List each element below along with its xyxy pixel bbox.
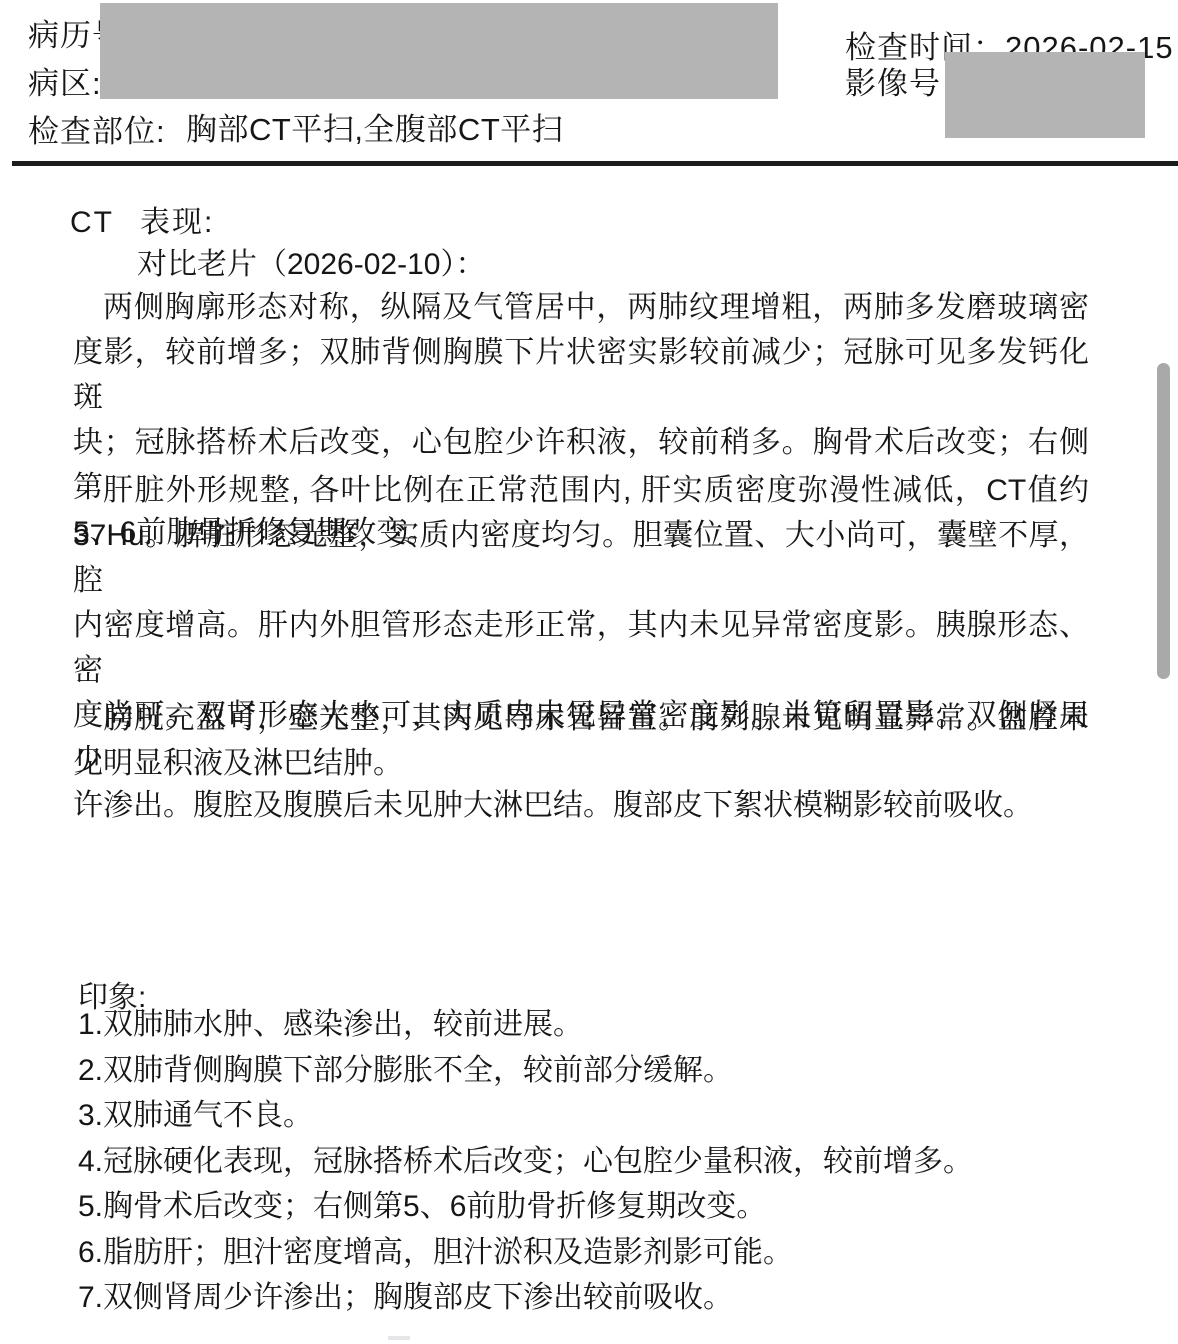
scan-artifact <box>388 1336 410 1340</box>
impression-item: 6.脂肪肝；胆汁密度增高，胆汁淤积及造影剂影可能。 <box>78 1230 973 1276</box>
findings-label: 表现: <box>140 206 214 239</box>
modality-label: CT <box>70 206 114 239</box>
report-line: 两侧胸廓形态对称，纵隔及气管居中，两肺纹理增粗，两肺多发磨玻璃密 <box>73 285 1089 330</box>
ward-label: 病区: <box>28 58 102 103</box>
scrollbar-thumb[interactable] <box>1157 363 1170 679</box>
impression-item: 5.胸骨术后改变；右侧第5、6前肋骨折修复期改变。 <box>78 1184 973 1230</box>
report-line: 肝脏外形规整, 各叶比例在正常范围内, 肝实质密度弥漫性减低，CT值约 <box>73 468 1089 513</box>
report-line: 见明显积液及淋巴结肿。 <box>73 741 1089 786</box>
impression-item: 4.冠脉硬化表现，冠脉搭桥术后改变；心包腔少量积液，较前增多。 <box>78 1139 973 1185</box>
impression-item: 7.双侧肾周少许渗出；胸腹部皮下渗出较前吸收。 <box>78 1275 973 1321</box>
impression-list: 1.双肺肺水肿、感染渗出，较前进展。 2.双肺背侧胸膜下部分膨胀不全，较前部分缓… <box>78 1002 973 1321</box>
impression-item: 2.双肺背侧胸膜下部分膨胀不全，较前部分缓解。 <box>78 1048 973 1094</box>
comparison-line: 对比老片（2026-02-10）： <box>137 239 485 283</box>
findings-paragraph-pelvis: 膀胱充盈可，壁光整，其内见导尿管留置。前列腺未见明显异常。盆腔未 见明显积液及淋… <box>73 696 1089 786</box>
report-line: 37Hu。脾脏形态光整，实质内密度均匀。胆囊位置、大小尚可，囊壁不厚，腔 <box>73 513 1089 603</box>
report-line: 许渗出。腹腔及腹膜后未见肿大淋巴结。腹部皮下絮状模糊影较前吸收。 <box>73 783 1089 828</box>
findings-heading: CT表现: <box>70 197 214 241</box>
exam-part-value: 胸部CT平扫,全腹部CT平扫 <box>186 104 563 149</box>
header-divider <box>12 161 1178 166</box>
impression-item: 3.双肺通气不良。 <box>78 1093 973 1139</box>
report-line: 度影，较前增多；双肺背侧胸膜下片状密实影较前减少；冠脉可见多发钙化斑 <box>73 330 1089 420</box>
report-line: 内密度增高。肝内外胆管形态走形正常，其内未见异常密度影。胰腺形态、密 <box>73 603 1089 693</box>
redaction-box-record <box>100 3 778 99</box>
impression-item: 1.双肺肺水肿、感染渗出，较前进展。 <box>78 1002 973 1048</box>
redaction-box-image-number <box>945 52 1145 138</box>
report-page: 病历号 病区: 检查部位: 胸部CT平扫,全腹部CT平扫 检查时间：2026-0… <box>0 0 1178 1344</box>
exam-part-label: 检查部位: <box>28 106 166 151</box>
report-line: 膀胱充盈可，壁光整，其内见导尿管留置。前列腺未见明显异常。盆腔未 <box>73 696 1089 741</box>
